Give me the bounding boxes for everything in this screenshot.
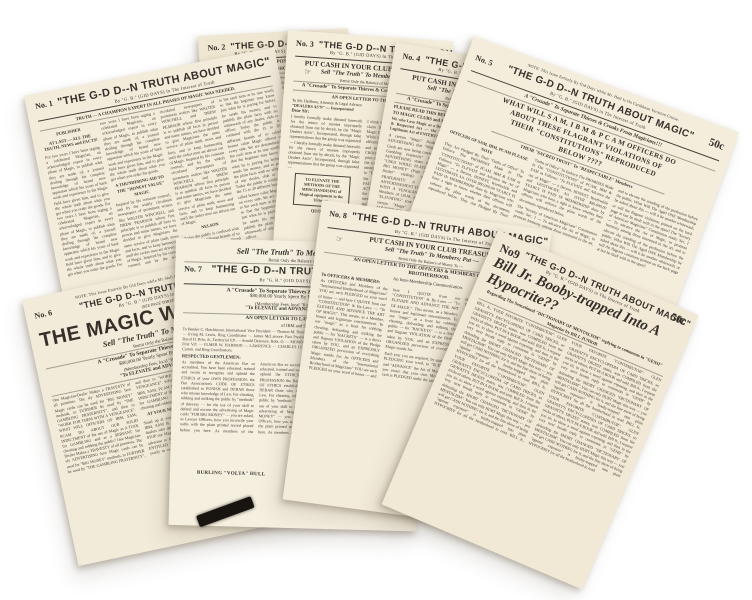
issue-number: No. 2 — [207, 42, 225, 53]
issue-number: No. 1 — [34, 98, 53, 111]
manicule-icon: ☞ — [304, 68, 312, 76]
issue-number: No. 4 — [402, 50, 421, 63]
body-text: I hereby formally make demand herewith f… — [287, 113, 362, 175]
issue-number: No. 8 — [329, 208, 348, 220]
photo-canvas: No. 2 "THE G-D D--N TRUTH ABOUT MAGIC" B… — [0, 0, 752, 600]
manicule-icon: ☞ — [335, 236, 343, 245]
issue-number: No. 3 — [296, 38, 314, 49]
issue-number: No. 6 — [33, 307, 52, 320]
issue-number: No. 7 — [184, 263, 202, 273]
